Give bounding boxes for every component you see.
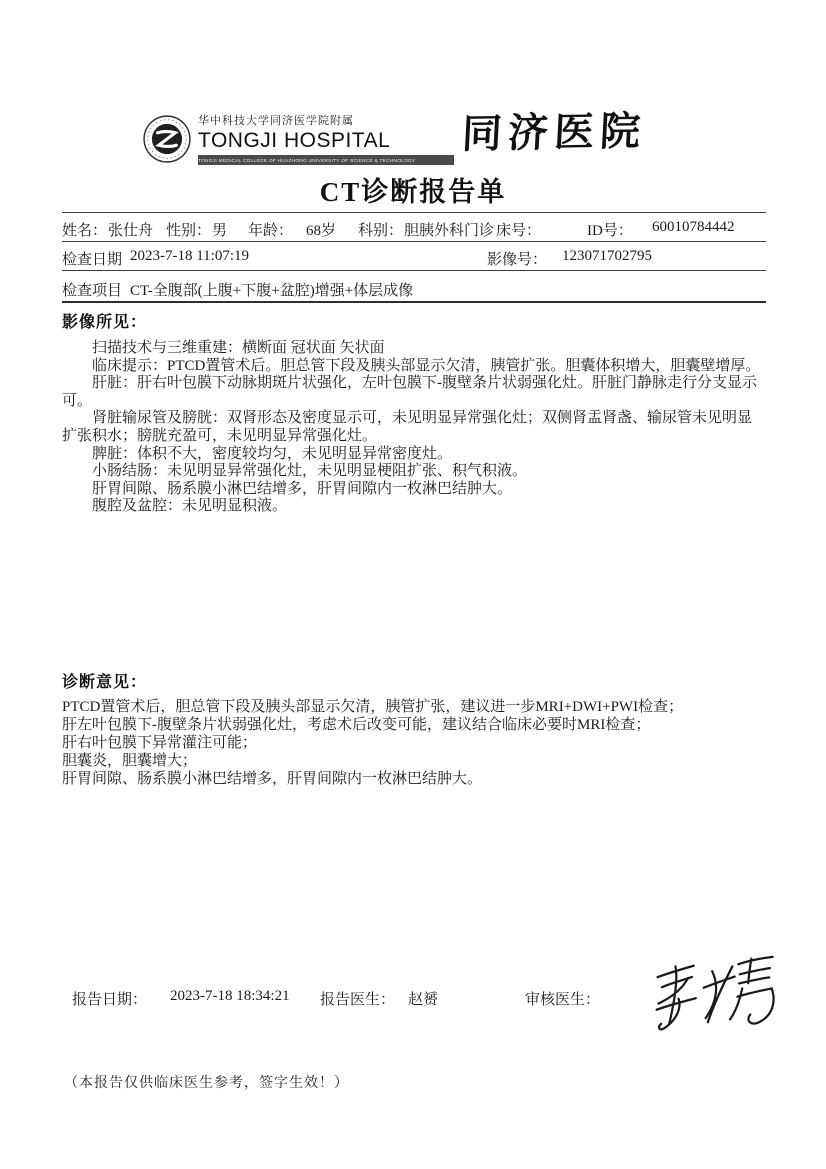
- exam-date-label: 检查日期: [62, 248, 122, 269]
- impression-line: 肝右叶包膜下异常灌注可能；: [62, 734, 766, 752]
- impression-line: 肝左叶包膜下-腹壁条片状弱强化灶，考虑术后改变可能，建议结合临床必要时MRI检查…: [62, 716, 766, 734]
- impression-line: PTCD置管术后，胆总管下段及胰头部显示欠清，胰管扩张，建议进一步MRI+DWI…: [62, 698, 766, 716]
- patient-info-row: 姓名： 张仕舟 性别： 男 年龄： 68岁 科别： 胆胰外科门诊 床号： ID号…: [62, 213, 766, 242]
- exam-item-label: 检查项目: [62, 279, 122, 300]
- name-value: 张仕舟: [108, 219, 153, 240]
- dept-label: 科别：: [358, 219, 403, 240]
- gender-label: 性别：: [166, 219, 211, 240]
- impression-line: 胆囊炎，胆囊增大；: [62, 752, 766, 770]
- review-doctor-signature: [647, 948, 782, 1041]
- exam-item-row: 检查项目 CT-全腹部(上腹+下腹+盆腔)增强+体层成像: [62, 271, 766, 303]
- hospital-caption-bar: TONGJI MEDICAL COLLEGE OF HUAZHONG UNIVE…: [198, 155, 454, 165]
- report-doctor-label: 报告医生：: [320, 988, 395, 1009]
- findings-paragraph: 临床提示：PTCD置管术后。胆总管下段及胰头部显示欠清，胰管扩张。胆囊体积增大，…: [62, 358, 766, 376]
- hospital-affiliation-cn: 华中科技大学同济医学院附属: [198, 112, 354, 128]
- exam-date-value: 2023-7-18 11:07:19: [130, 248, 249, 265]
- ct-report-page: 华中科技大学同济医学院附属 TONGJI HOSPITAL TONGJI MED…: [0, 0, 826, 1169]
- review-doctor-label: 审核医生：: [525, 988, 600, 1009]
- image-no-value: 123071702795: [562, 248, 652, 265]
- findings-paragraph: 肾脏输尿管及膀胱：双肾形态及密度显示可，未见明显异常强化灶；双侧肾盂肾盏、输尿管…: [62, 410, 766, 445]
- disclaimer-note: （本报告仅供临床医生参考，签字生效！）: [64, 1072, 349, 1092]
- hospital-name-calligraphy: 同济医院: [461, 111, 647, 154]
- id-label: ID号：: [587, 219, 633, 240]
- tongji-logo-icon: [142, 114, 192, 164]
- impression-body: PTCD置管术后，胆总管下段及胰头部显示欠清，胰管扩张，建议进一步MRI+DWI…: [62, 698, 766, 788]
- findings-paragraph: 肝脏：肝右叶包膜下动脉期斑片状强化，左叶包膜下-腹壁条片状弱强化灶。肝脏门静脉走…: [62, 375, 766, 410]
- findings-paragraph: 腹腔及盆腔：未见明显积液。: [62, 498, 766, 516]
- findings-heading: 影像所见：: [62, 309, 147, 332]
- hospital-name-block: 华中科技大学同济医学院附属 TONGJI HOSPITAL TONGJI MED…: [198, 112, 454, 165]
- exam-item-value: CT-全腹部(上腹+下腹+盆腔)增强+体层成像: [130, 279, 413, 300]
- gender-value: 男: [212, 219, 227, 240]
- report-date-label: 报告日期：: [72, 988, 147, 1009]
- hospital-header: 华中科技大学同济医学院附属 TONGJI HOSPITAL TONGJI MED…: [0, 112, 826, 165]
- findings-body: 扫描技术与三维重建：横断面 冠状面 矢状面 临床提示：PTCD置管术后。胆总管下…: [62, 340, 766, 516]
- id-value: 60010784442: [652, 219, 735, 236]
- age-label: 年龄：: [248, 219, 293, 240]
- image-no-label: 影像号：: [487, 248, 547, 269]
- report-doctor-value: 赵赟: [408, 988, 438, 1009]
- findings-paragraph: 扫描技术与三维重建：横断面 冠状面 矢状面: [62, 340, 766, 358]
- dept-value: 胆胰外科门诊: [404, 219, 494, 240]
- findings-paragraph: 小肠结肠：未见明显异常强化灶，未见明显梗阻扩张、积气积液。: [62, 463, 766, 481]
- impression-line: 肝胃间隙、肠系膜小淋巴结增多，肝胃间隙内一枚淋巴结肿大。: [62, 770, 766, 788]
- report-date-value: 2023-7-18 18:34:21: [170, 988, 290, 1005]
- patient-info-table: 姓名： 张仕舟 性别： 男 年龄： 68岁 科别： 胆胰外科门诊 床号： ID号…: [62, 212, 766, 303]
- findings-paragraph: 肝胃间隙、肠系膜小淋巴结增多，肝胃间隙内一枚淋巴结肿大。: [62, 481, 766, 499]
- hospital-brand: 华中科技大学同济医学院附属 TONGJI HOSPITAL TONGJI MED…: [142, 112, 646, 165]
- hospital-caption-en: TONGJI MEDICAL COLLEGE OF HUAZHONG UNIVE…: [198, 157, 415, 162]
- impression-heading: 诊断意见：: [62, 669, 147, 692]
- hospital-name-en: TONGJI HOSPITAL: [198, 130, 390, 152]
- bed-label: 床号：: [496, 219, 541, 240]
- exam-date-row: 检查日期 2023-7-18 11:07:19 影像号： 12307170279…: [62, 242, 766, 271]
- report-title: CT诊断报告单: [0, 170, 826, 209]
- name-label: 姓名：: [62, 219, 107, 240]
- age-value: 68岁: [306, 219, 336, 240]
- findings-paragraph: 脾脏：体积不大，密度较均匀，未见明显异常密度灶。: [62, 446, 766, 464]
